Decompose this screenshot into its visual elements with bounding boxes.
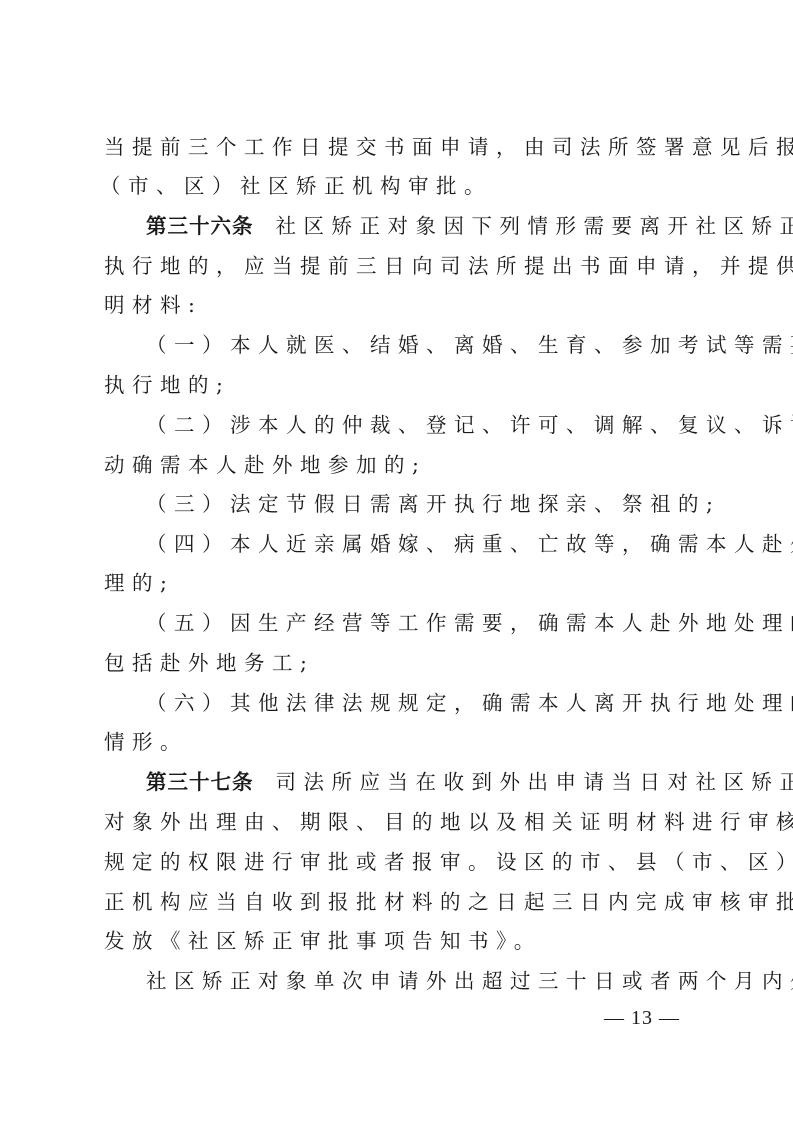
line-text: 执行地的，应当提前三日向司法所提出书面申请，并提供相关证 (104, 254, 793, 278)
line-text: 社区矫正对象单次申请外出超过三十日或者两个月内外出 (146, 969, 793, 993)
list-item-2: （二）涉本人的仲裁、登记、许可、调解、复议、诉讼等活 (146, 410, 746, 440)
text-line: 执行地的; (104, 370, 704, 400)
line-text: 社区矫正对象因下列情形需要离开社区矫正 (276, 214, 793, 238)
article-number: 第三十六条 (146, 214, 254, 238)
text-line: 当提前三个工作日提交书面申请，由司法所签署意见后报经县 (104, 132, 704, 162)
text-line: 规定的权限进行审批或者报审。设区的市、县（市、区）社区矫 (104, 847, 704, 877)
line-text: （三）法定节假日需离开执行地探亲、祭祖的; (146, 492, 720, 516)
page-number: — 13 — (604, 1004, 680, 1032)
line-text: 执行地的; (104, 373, 230, 397)
line-text: 明材料: (104, 293, 202, 317)
line-text: 司法所应当在收到外出申请当日对社区矫正 (276, 770, 793, 794)
list-item-4: （四）本人近亲属婚嫁、病重、亡故等，确需本人赴外地处 (146, 529, 746, 559)
text-line: 正机构应当自收到报批材料的之日起三日内完成审核审批工作， (104, 887, 704, 917)
line-text: 理的; (104, 571, 174, 595)
text-line: 对象外出理由、期限、目的地以及相关证明材料进行审核，按照 (104, 807, 704, 837)
article-number: 第三十七条 (146, 770, 254, 794)
line-text: （四）本人近亲属婚嫁、病重、亡故等，确需本人赴外地处 (146, 532, 793, 556)
text-line: 动确需本人赴外地参加的; (104, 450, 704, 480)
line-text: 正机构应当自收到报批材料的之日起三日内完成审核审批工作， (104, 890, 793, 914)
text-line: （市、区）社区矫正机构审批。 (100, 171, 700, 201)
line-text: 包括赴外地务工; (104, 651, 314, 675)
article-36-heading: 第三十六条社区矫正对象因下列情形需要离开社区矫正 (146, 211, 746, 241)
document-page: 当提前三个工作日提交书面申请，由司法所签署意见后报经县 （市、区）社区矫正机构审… (0, 0, 793, 1122)
line-text: （二）涉本人的仲裁、登记、许可、调解、复议、诉讼等活 (146, 413, 793, 437)
line-text: 情形。 (104, 730, 188, 754)
line-text: （五）因生产经营等工作需要，确需本人赴外地处理的，不 (146, 611, 793, 635)
line-text: （六）其他法律法规规定，确需本人离开执行地处理的其他 (146, 691, 793, 715)
line-text: 发放《社区矫正审批事项告知书》。 (104, 929, 542, 953)
line-text: （市、区）社区矫正机构审批。 (100, 174, 492, 198)
line-text: 规定的权限进行审批或者报审。设区的市、县（市、区）社区矫 (104, 850, 793, 874)
line-text: 当提前三个工作日提交书面申请，由司法所签署意见后报经县 (104, 135, 793, 159)
text-line: 发放《社区矫正审批事项告知书》。 (104, 926, 704, 956)
article-37-heading: 第三十七条司法所应当在收到外出申请当日对社区矫正 (146, 767, 746, 797)
text-line: 情形。 (104, 727, 704, 757)
text-line: 执行地的，应当提前三日向司法所提出书面申请，并提供相关证 (104, 251, 704, 281)
text-line: 包括赴外地务工; (104, 648, 704, 678)
paragraph-start: 社区矫正对象单次申请外出超过三十日或者两个月内外出 (146, 966, 746, 996)
line-text: 对象外出理由、期限、目的地以及相关证明材料进行审核，按照 (104, 810, 793, 834)
list-item-6: （六）其他法律法规规定，确需本人离开执行地处理的其他 (146, 688, 746, 718)
text-line: 明材料: (104, 290, 704, 320)
line-text: 动确需本人赴外地参加的; (104, 453, 426, 477)
list-item-3: （三）法定节假日需离开执行地探亲、祭祖的; (146, 489, 746, 519)
list-item-1: （一）本人就医、结婚、离婚、生育、参加考试等需要离开 (146, 330, 746, 360)
line-text: （一）本人就医、结婚、离婚、生育、参加考试等需要离开 (146, 333, 793, 357)
text-line: 理的; (104, 568, 704, 598)
list-item-5: （五）因生产经营等工作需要，确需本人赴外地处理的，不 (146, 608, 746, 638)
